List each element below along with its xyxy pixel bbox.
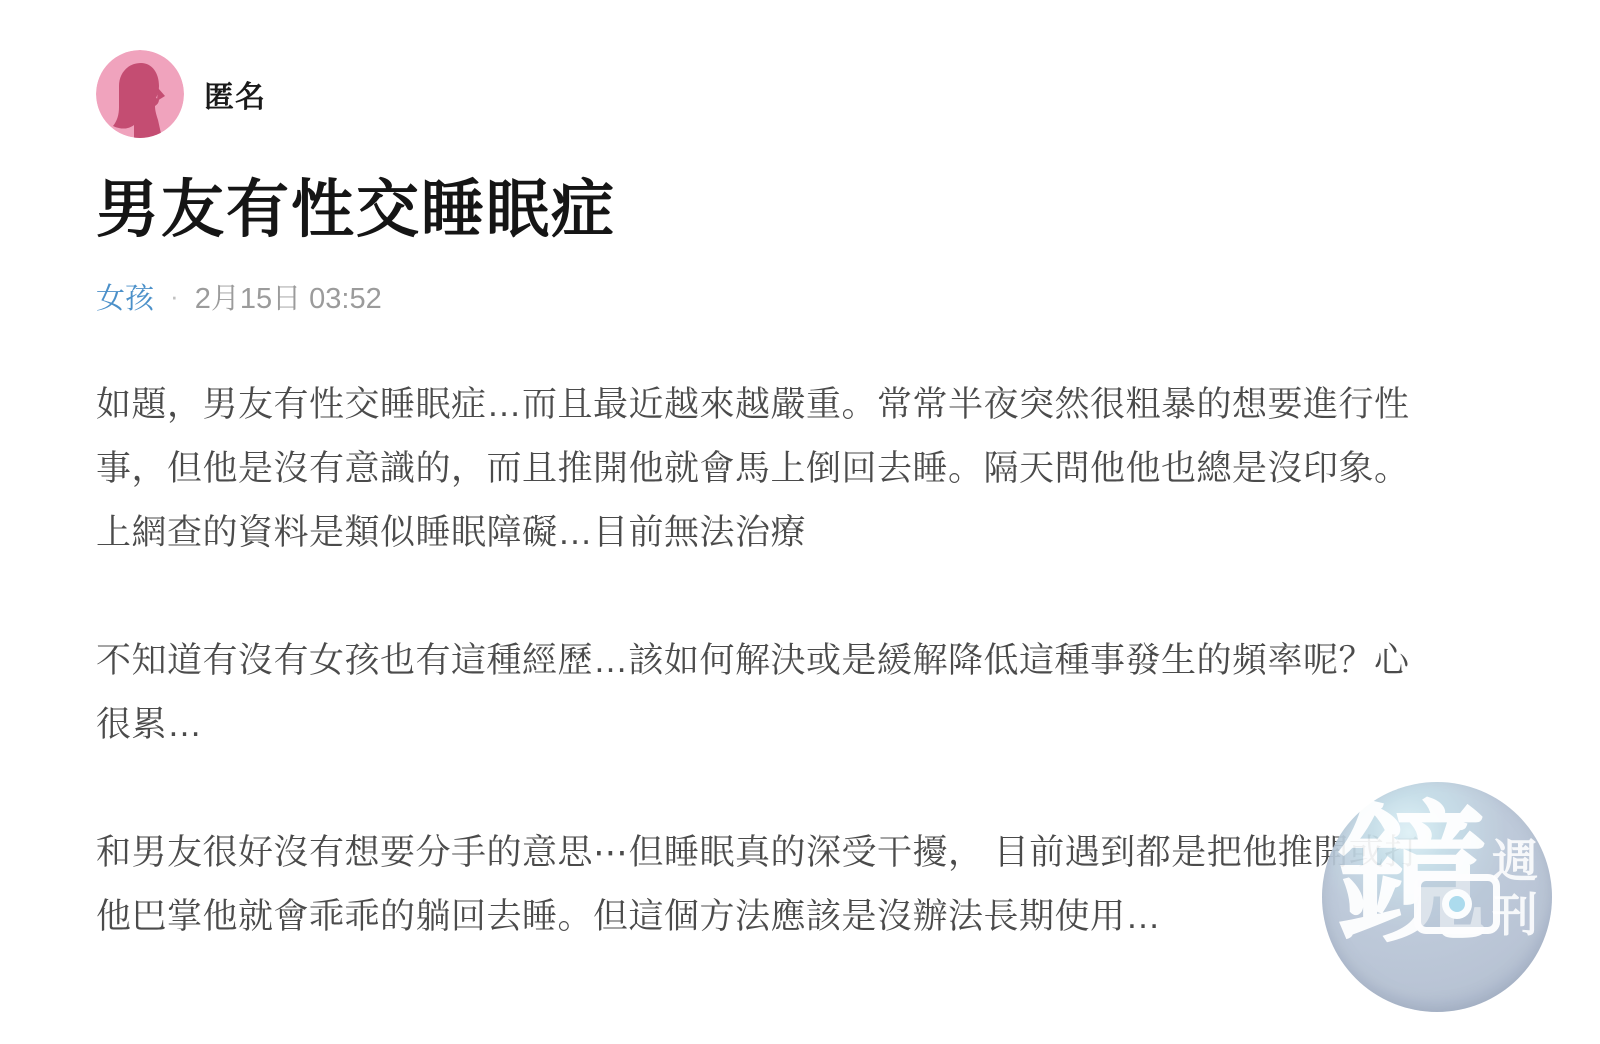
mirror-weekly-watermark: 鏡 週 刊 <box>1322 782 1552 1012</box>
post-body: 如題，男友有性交睡眠症…而且最近越來越嚴重。常常半夜突然很粗暴的想要進行性事，但… <box>96 373 1444 949</box>
meta-separator-dot: · <box>170 281 179 312</box>
watermark-weekly-label: 週 刊 <box>1492 838 1538 938</box>
post-timestamp: 2月15日 03:52 <box>195 276 382 317</box>
post-meta: 女孩 · 2月15日 03:52 <box>96 276 1504 317</box>
post-title: 男友有性交睡眠症 <box>96 174 1504 246</box>
post-page: 匿名 男友有性交睡眠症 女孩 · 2月15日 03:52 如題，男友有性交睡眠症… <box>0 0 1600 1044</box>
author-row: 匿名 <box>96 50 1504 138</box>
watermark-sub-char: 刊 <box>1492 892 1538 938</box>
post-paragraph-1: 如題，男友有性交睡眠症…而且最近越來越嚴重。常常半夜突然很粗暴的想要進行性事，但… <box>96 373 1444 565</box>
camera-lens-icon <box>1442 889 1472 919</box>
camera-icon <box>1414 874 1500 934</box>
watermark-sub-char: 週 <box>1492 838 1538 884</box>
board-link[interactable]: 女孩 <box>96 276 154 317</box>
anonymous-girl-avatar-icon <box>96 50 184 138</box>
post-paragraph-3: 和男友很好沒有想要分手的意思⋯但睡眠真的深受干擾， 目前遇到都是把他推開或打他巴… <box>96 821 1444 949</box>
avatar <box>96 50 184 138</box>
post-paragraph-2: 不知道有沒有女孩也有這種經歷…該如何解決或是緩解降低這種事發生的頻率呢？心很累… <box>96 629 1444 757</box>
author-name: 匿名 <box>204 72 266 116</box>
